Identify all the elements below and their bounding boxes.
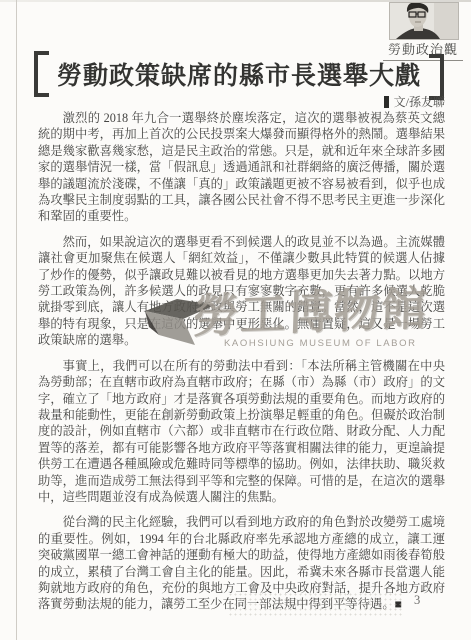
author-portrait-image	[389, 2, 459, 40]
magazine-page: 勞動政治觀 勞動政策缺席的縣市長選舉大戲 文/孫友聯 激烈的 2018 年九合一…	[0, 0, 471, 640]
article-body: 激烈的 2018 年九合一選舉終於塵埃落定，這次的選舉被視為蔡英文總統的期中考，…	[38, 110, 445, 622]
paragraph-3: 事實上，我們可以在所有的勞動法中看到：「本法所稱主管機關在中央為勞動部；在直轄市…	[38, 358, 445, 506]
byline-text: 文/孫友聯	[394, 93, 445, 110]
byline: 文/孫友聯	[384, 93, 445, 110]
paragraph-1: 激烈的 2018 年九合一選舉終於塵埃落定，這次的選舉被視為蔡英文總統的期中考，…	[38, 110, 445, 225]
byline-square-icon	[384, 96, 389, 108]
article-title: 勞動政策缺席的縣市長選舉大戲	[49, 56, 429, 92]
scan-left-edge-line	[16, 0, 17, 640]
footer-faint-stamp-band	[228, 592, 404, 616]
page-number: 3	[414, 593, 420, 608]
author-portrait-icon	[390, 3, 458, 39]
article-title-row: 勞動政策缺席的縣市長選舉大戲	[34, 52, 444, 96]
paragraph-2: 然而，如果說這次的選舉更看不到候選人的政見並不以為過。主流媒體讓社會更加聚焦在候…	[38, 234, 445, 349]
title-left-bracket-icon	[34, 51, 49, 97]
